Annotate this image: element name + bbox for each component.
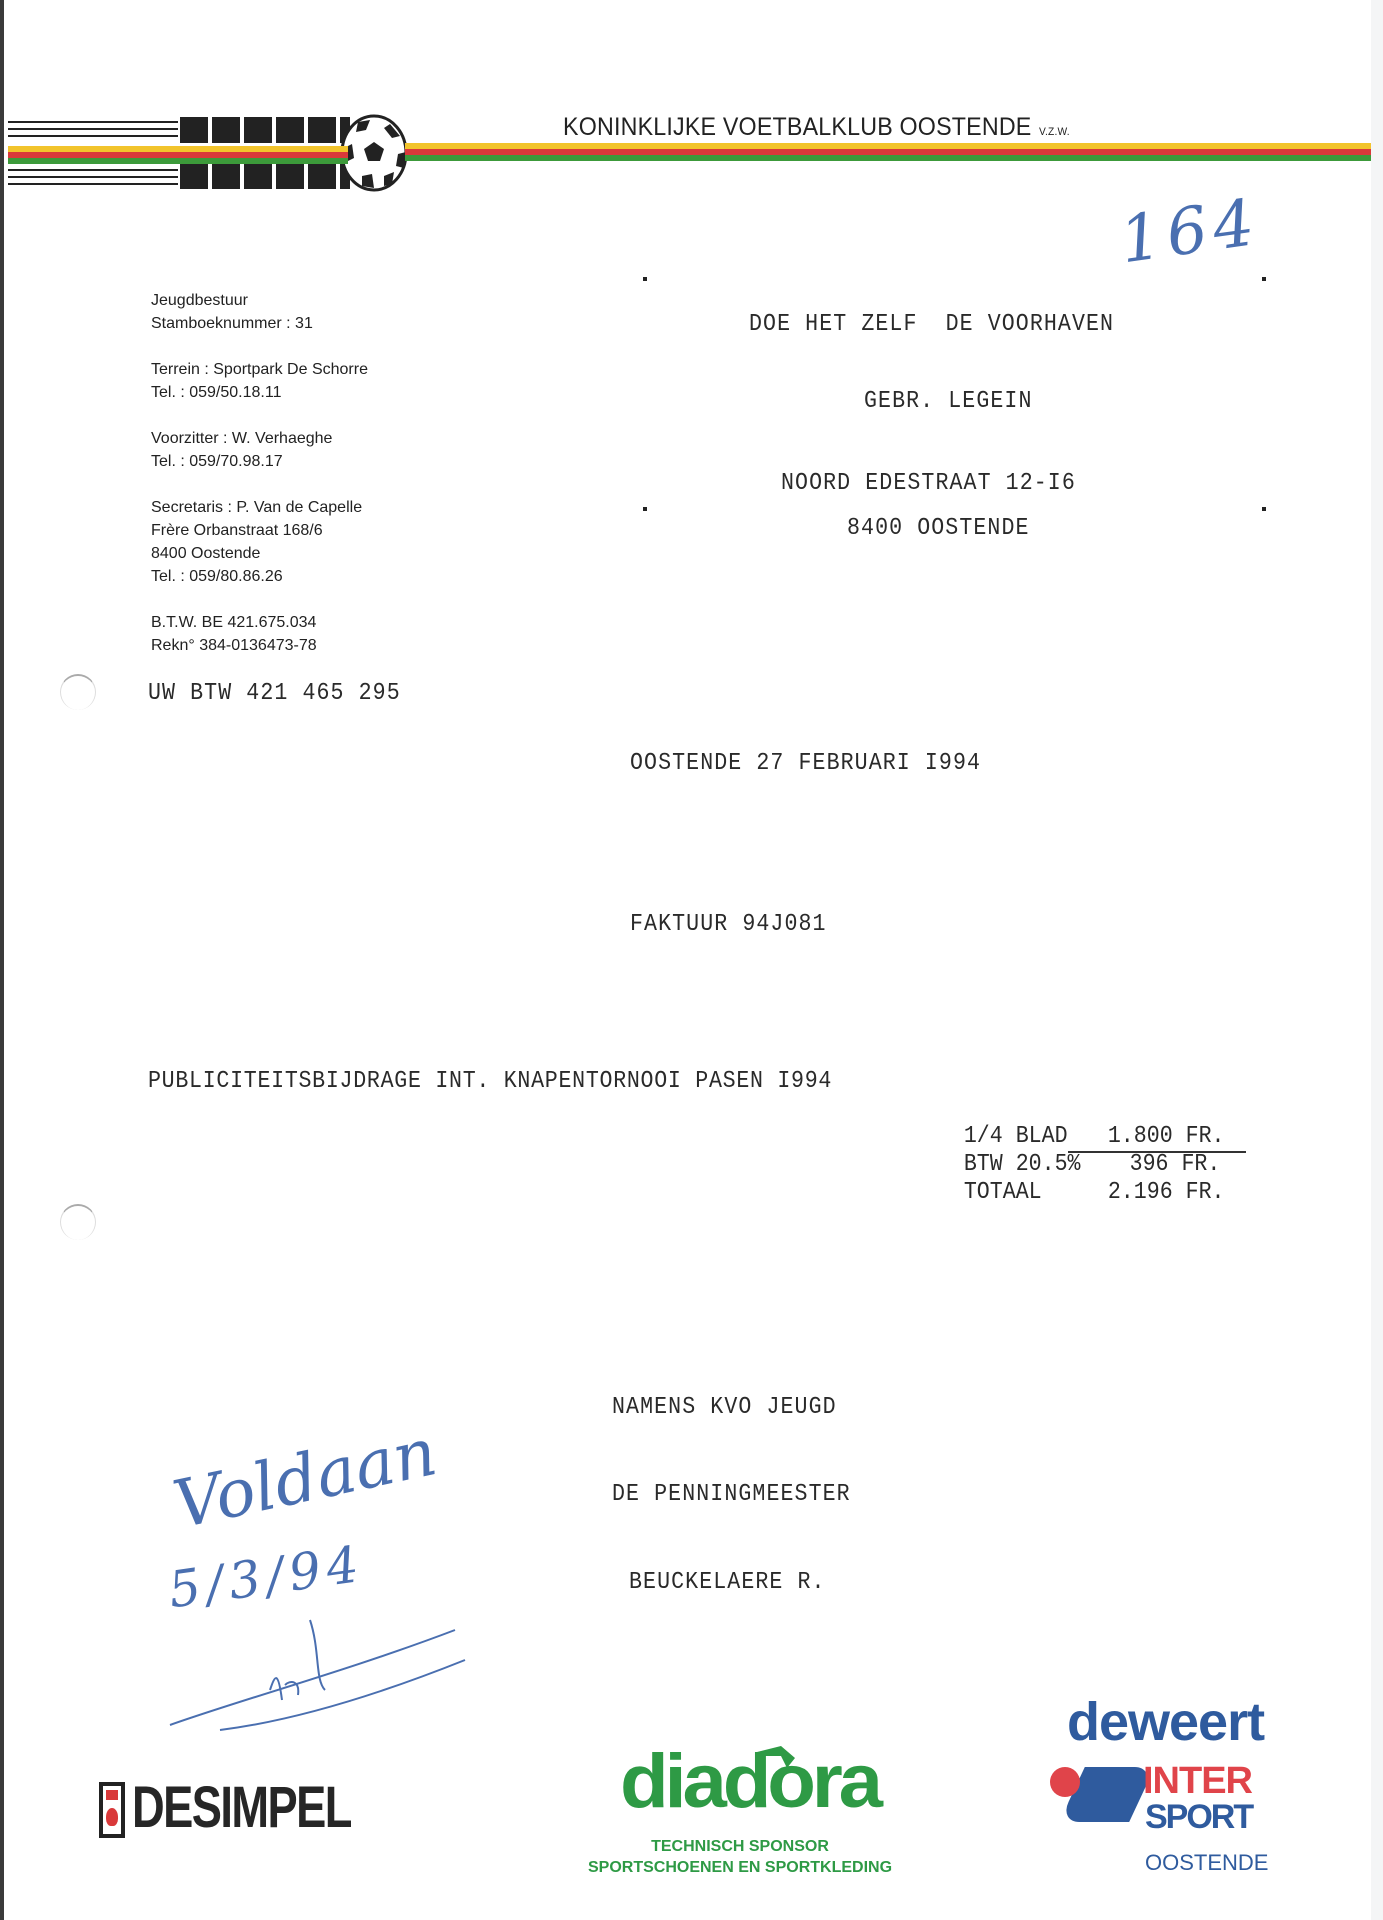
sender-line: Tel. : 059/80.86.26: [151, 565, 368, 588]
stripe-green-right: [405, 155, 1371, 161]
recipient-line: 8400 OOSTENDE: [847, 515, 1030, 542]
signature-line: NAMENS KVO JEUGD: [612, 1394, 837, 1421]
sender-group-youth: Jeugdbestuur Stamboeknummer : 31: [151, 289, 368, 335]
invoice-number: FAKTUUR 94J081: [630, 911, 827, 938]
sender-line: Jeugdbestuur: [151, 289, 368, 312]
address-window-mark: [643, 277, 647, 281]
intersport-city: OOSTENDE: [1145, 1852, 1268, 1874]
address-window-mark: [643, 507, 647, 511]
sender-line: Terrein : Sportpark De Schorre: [151, 358, 368, 381]
sender-line: 8400 Oostende: [151, 542, 368, 565]
desimpel-logo-text: DESIMPEL: [132, 1774, 351, 1841]
club-name: KONINKLIJKE VOETBALKLUB OOSTENDEV.Z.W.: [563, 113, 1070, 142]
sender-line: B.T.W. BE 421.675.034: [151, 611, 368, 634]
scan-edge-right: [1371, 0, 1383, 1920]
kvo-letters-top: [180, 117, 350, 143]
sender-group-secretary: Secretaris : P. Van de Capelle Frère Orb…: [151, 496, 368, 588]
recipient-line: DOE HET ZELF DE VOORHAVEN: [749, 311, 1114, 338]
handwritten-number: 164: [1116, 186, 1265, 279]
sender-group-chairman: Voorzitter : W. Verhaeghe Tel. : 059/70.…: [151, 427, 368, 473]
sender-line: Rekn° 384-0136473-78: [151, 634, 368, 657]
invoice-row-amount: 2.196 FR.: [1108, 1179, 1221, 1206]
handwritten-signature: [150, 1580, 470, 1740]
sender-line: Secretaris : P. Van de Capelle: [151, 496, 368, 519]
signature-line: BEUCKELAERE R.: [629, 1569, 826, 1596]
diadora-subtitle: SPORTSCHOENEN EN SPORTKLEDING: [560, 1859, 920, 1877]
invoice-row-total: TOTAAL2.196 FR.: [912, 1152, 1220, 1233]
intersport-inter-text: INTER: [1143, 1762, 1252, 1800]
soccer-ball-icon: [340, 114, 408, 192]
desimpel-brick-icon: [99, 1782, 125, 1838]
invoice-description: PUBLICITEITSBIJDRAGE INT. KNAPENTORNOOI …: [148, 1068, 832, 1095]
diadora-logo-text: diadora: [620, 1744, 879, 1820]
intersport-ball-icon: [1050, 1767, 1080, 1797]
punch-hole: [60, 1204, 96, 1240]
club-suffix: V.Z.W.: [1039, 126, 1070, 138]
address-window-mark: [1262, 507, 1266, 511]
address-window-mark: [1262, 277, 1266, 281]
sender-group-grounds: Terrein : Sportpark De Schorre Tel. : 05…: [151, 358, 368, 404]
sender-group-vat: B.T.W. BE 421.675.034 Rekn° 384-0136473-…: [151, 611, 368, 657]
sender-line: Frère Orbanstraat 168/6: [151, 519, 368, 542]
sender-line: Voorzitter : W. Verhaeghe: [151, 427, 368, 450]
punch-hole: [60, 674, 96, 710]
sender-line: Tel. : 059/50.18.11: [151, 381, 368, 404]
diadora-subtitle: TECHNISCH SPONSOR: [560, 1838, 920, 1856]
customer-vat: UW BTW 421 465 295: [148, 680, 401, 707]
intersport-sport-text: SPORT: [1145, 1800, 1252, 1834]
invoice-row-label: TOTAAL: [964, 1179, 1108, 1206]
club-name-text: KONINKLIJKE VOETBALKLUB OOSTENDE: [563, 113, 1032, 141]
sender-line: Tel. : 059/70.98.17: [151, 450, 368, 473]
kvo-letters-bottom: [180, 163, 350, 189]
recipient-line: NOORD EDESTRAAT 12-I6: [781, 470, 1076, 497]
scan-edge-left: [0, 0, 4, 1920]
sender-line: Stamboeknummer : 31: [151, 312, 368, 335]
deweert-logo-text: deweert: [1067, 1695, 1264, 1749]
recipient-line: GEBR. LEGEIN: [864, 388, 1033, 415]
date-line: OOSTENDE 27 FEBRUARI I994: [630, 750, 981, 777]
stripe-green: [8, 158, 348, 164]
sender-info: Jeugdbestuur Stamboeknummer : 31 Terrein…: [151, 289, 368, 680]
payment-note-word: Voldaan: [167, 1413, 443, 1544]
signature-line: DE PENNINGMEESTER: [612, 1481, 851, 1508]
